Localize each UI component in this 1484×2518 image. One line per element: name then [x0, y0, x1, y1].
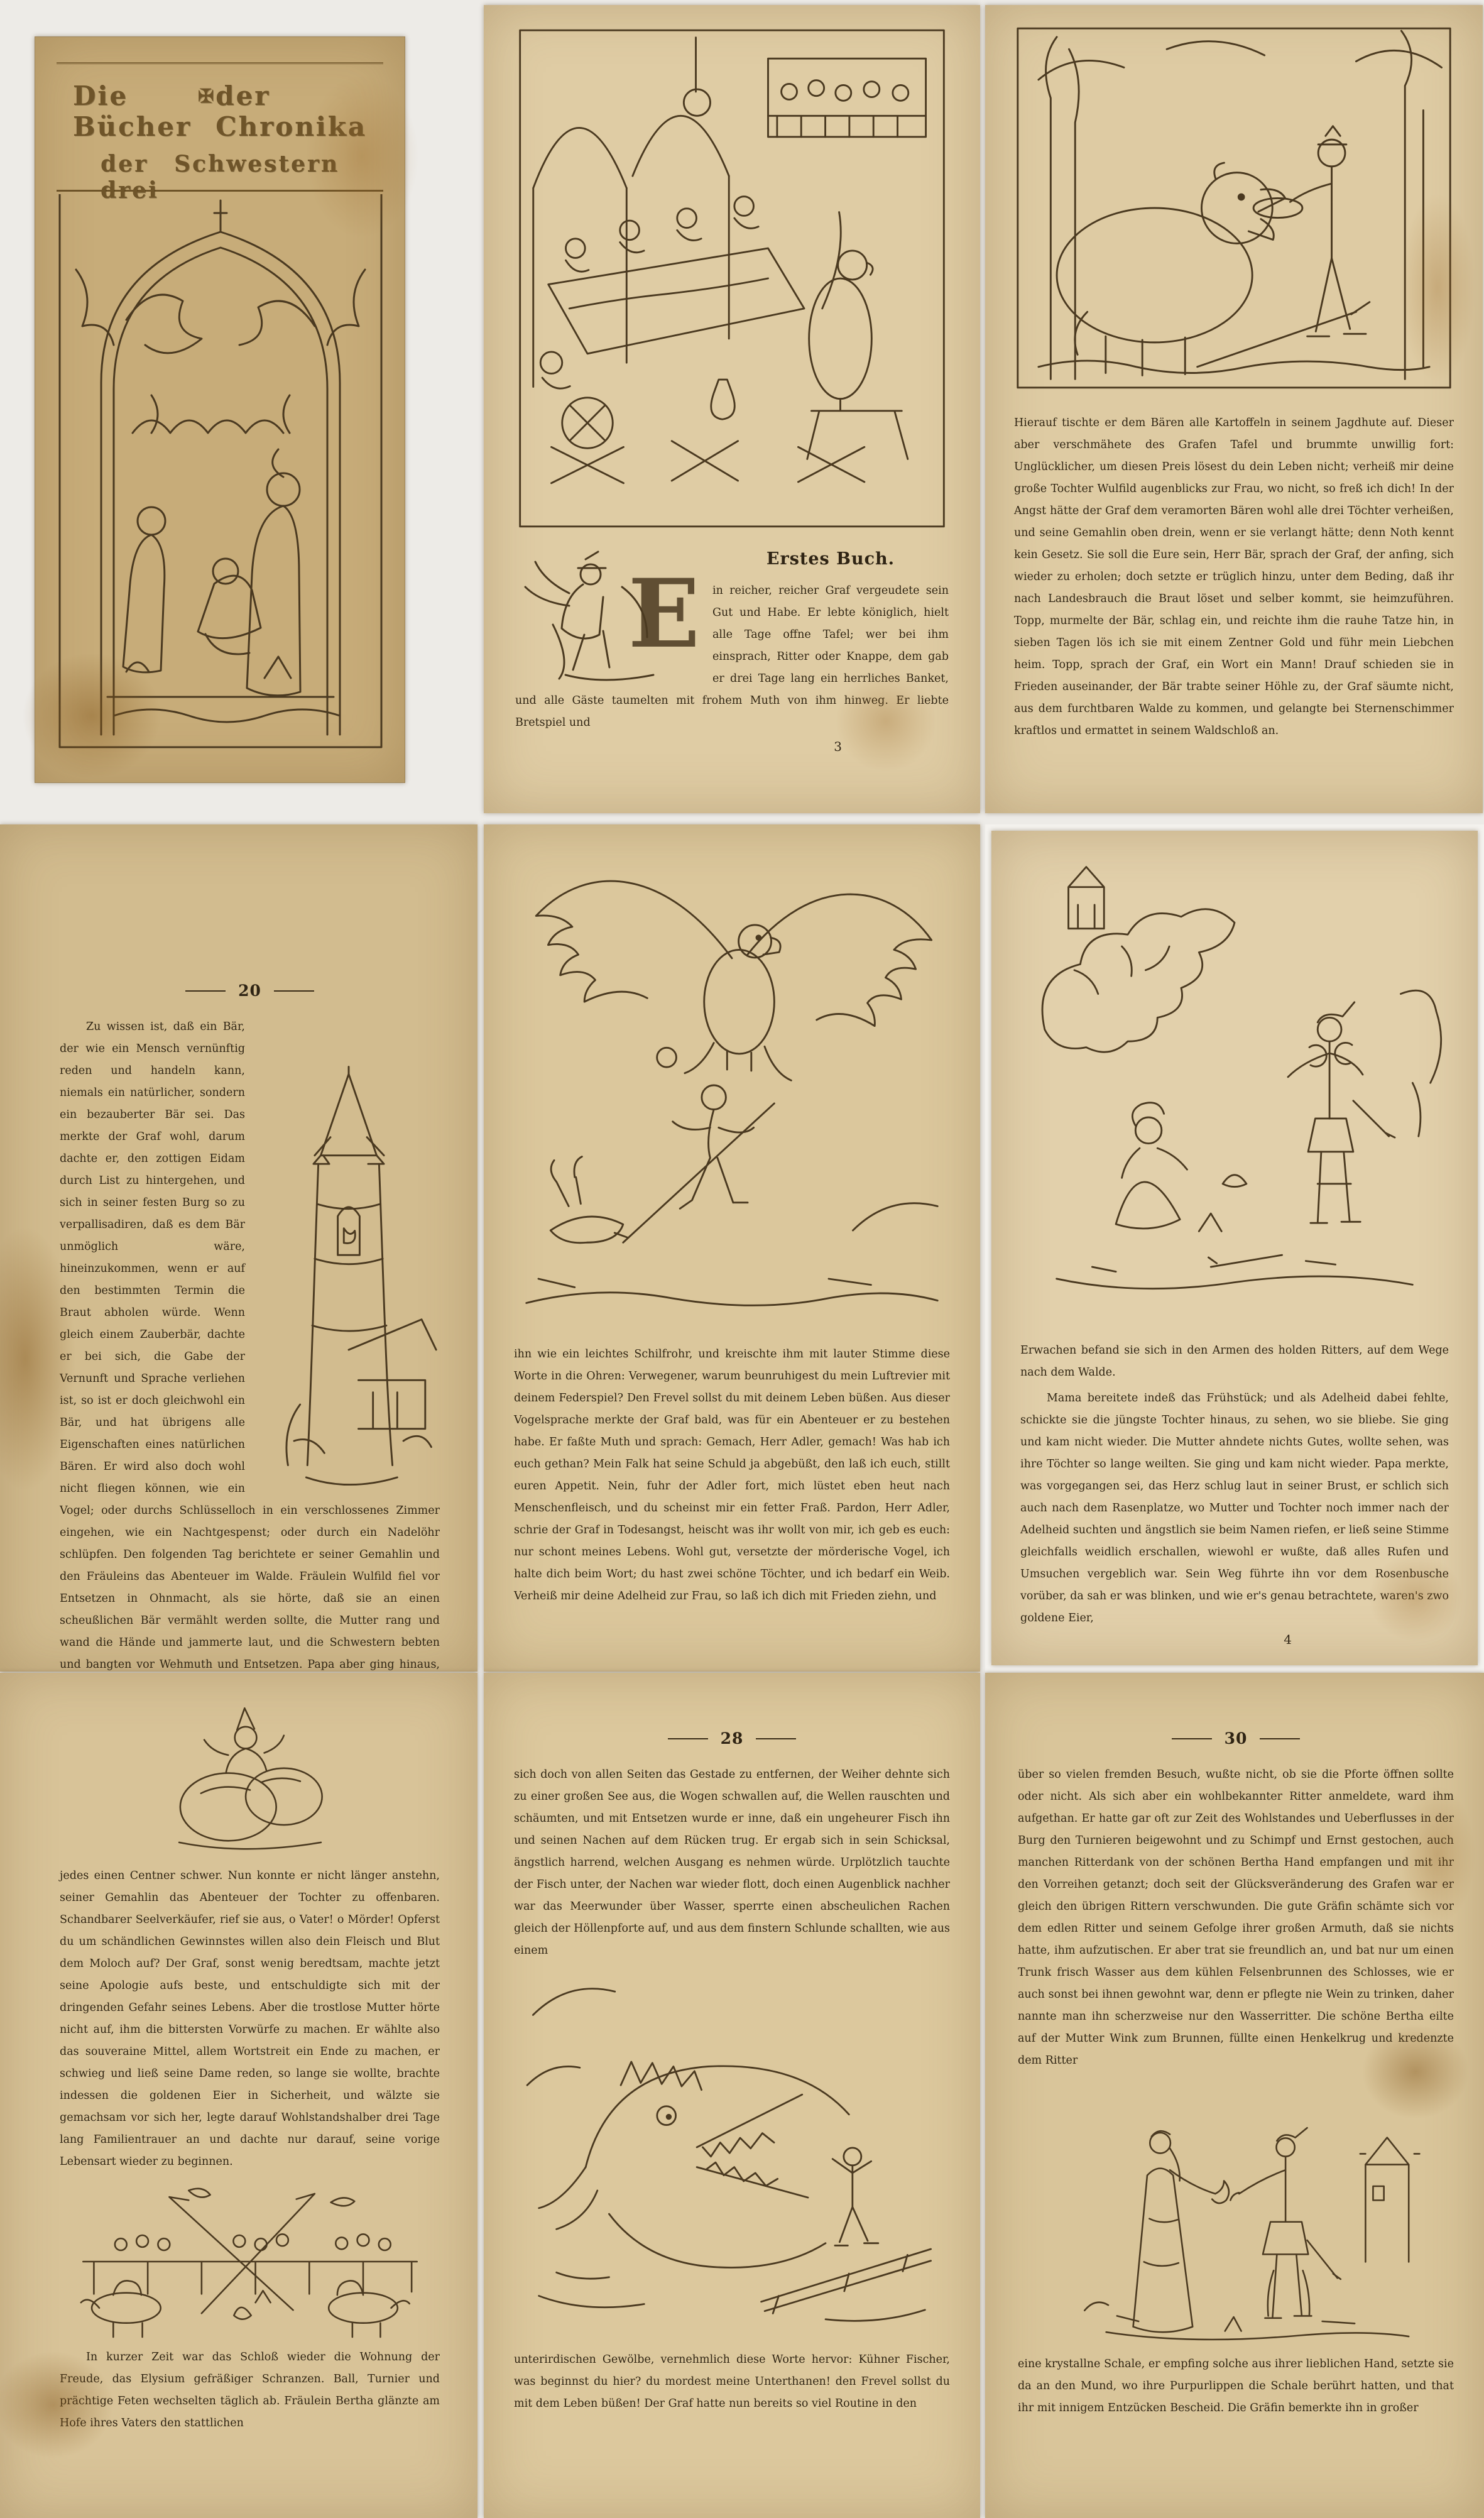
body-text: ihn wie ein leichtes Schilfrohr, und kre… [514, 1344, 950, 1607]
banquet-engraving [515, 24, 949, 533]
well-engraving [1041, 2078, 1431, 2348]
body-text: Mama bereitete indeß das Frühstück; und … [1020, 1388, 1449, 1629]
body-text: Erwachen befand sie sich in den Armen de… [1020, 1340, 1449, 1384]
page-scan-title: Die Bücher ✠ der Chronika der drei Schwe… [35, 36, 405, 783]
page-scan-4: Erwachen befand sie sich in den Armen de… [991, 831, 1478, 1665]
page-number: 30 [1225, 1729, 1248, 1748]
caption-text: unterirdischen Gewölbe, vernehmlich dies… [514, 2349, 950, 2415]
cross-icon: ✠ [198, 85, 216, 142]
caption-text: eine krystallne Schale, er empfing solch… [1018, 2353, 1454, 2419]
body-text: über so vielen fremden Besuch, wußte nic… [1018, 1764, 1454, 2072]
header-rule [756, 1738, 796, 1739]
page-scan-3: E Erstes Buch. in reicher, reicher Graf … [484, 5, 980, 813]
sea-monster-engraving [515, 1968, 949, 2343]
title-arch-engraving [57, 194, 384, 760]
page-scan-bear: Hierauf tischte er dem Bären alle Kartof… [985, 5, 1483, 813]
page-scan-20: 20 Zu wissen ist, daß ein Bär, der wie e… [0, 824, 477, 1672]
book-title-part: Die Bücher [73, 80, 198, 142]
title-border-band: Die Bücher ✠ der Chronika der drei Schwe… [57, 62, 383, 192]
page-margin: Erwachen befand sie sich in den Armen de… [985, 824, 1484, 1672]
caption-text: In kurzer Zeit war das Schloß wieder die… [60, 2346, 440, 2434]
page-number: 3 [515, 739, 949, 754]
bear-engraving [1014, 23, 1454, 393]
header-rule [1260, 1738, 1300, 1739]
scanned-book-collage: Die Bücher ✠ der Chronika der drei Schwe… [0, 0, 1484, 2518]
page-scan-28: 28 sich doch von allen Seiten das Gestad… [484, 1673, 980, 2518]
page-header: 30 [1018, 1729, 1454, 1748]
page-scan-eggs: jedes einen Centner schwer. Nun konnte e… [0, 1673, 477, 2518]
body-text: Hierauf tischte er dem Bären alle Kartof… [1014, 412, 1454, 742]
tournament-engraving [62, 2181, 439, 2343]
page-scan-30: 30 über so vielen fremden Besuch, wußte … [985, 1673, 1484, 2518]
gold-eggs-vignette [146, 1689, 354, 1854]
drop-cap: E [628, 567, 700, 661]
page-header: 20 [60, 982, 440, 1000]
page-number: 28 [721, 1729, 744, 1748]
header-rule [274, 990, 314, 992]
page-number: 20 [238, 982, 261, 1000]
tower-engraving [258, 1060, 440, 1494]
sheet-signature: 4 [1020, 1632, 1449, 1647]
chapter-vignette: E [515, 549, 704, 685]
body-text: jedes einen Centner schwer. Nun konnte e… [60, 1865, 440, 2173]
header-rule [185, 990, 226, 992]
body-text: sich doch von allen Seiten das Gestade z… [514, 1764, 950, 1962]
header-rule [668, 1738, 708, 1739]
knight-engraving [1021, 847, 1448, 1325]
eagle-engraving [514, 843, 950, 1327]
header-rule [1172, 1738, 1212, 1739]
page-scan-eagle: ihn wie ein leichtes Schilfrohr, und kre… [484, 824, 980, 1672]
page-header: 28 [514, 1729, 950, 1748]
book-title-part: der Chronika [216, 80, 367, 142]
